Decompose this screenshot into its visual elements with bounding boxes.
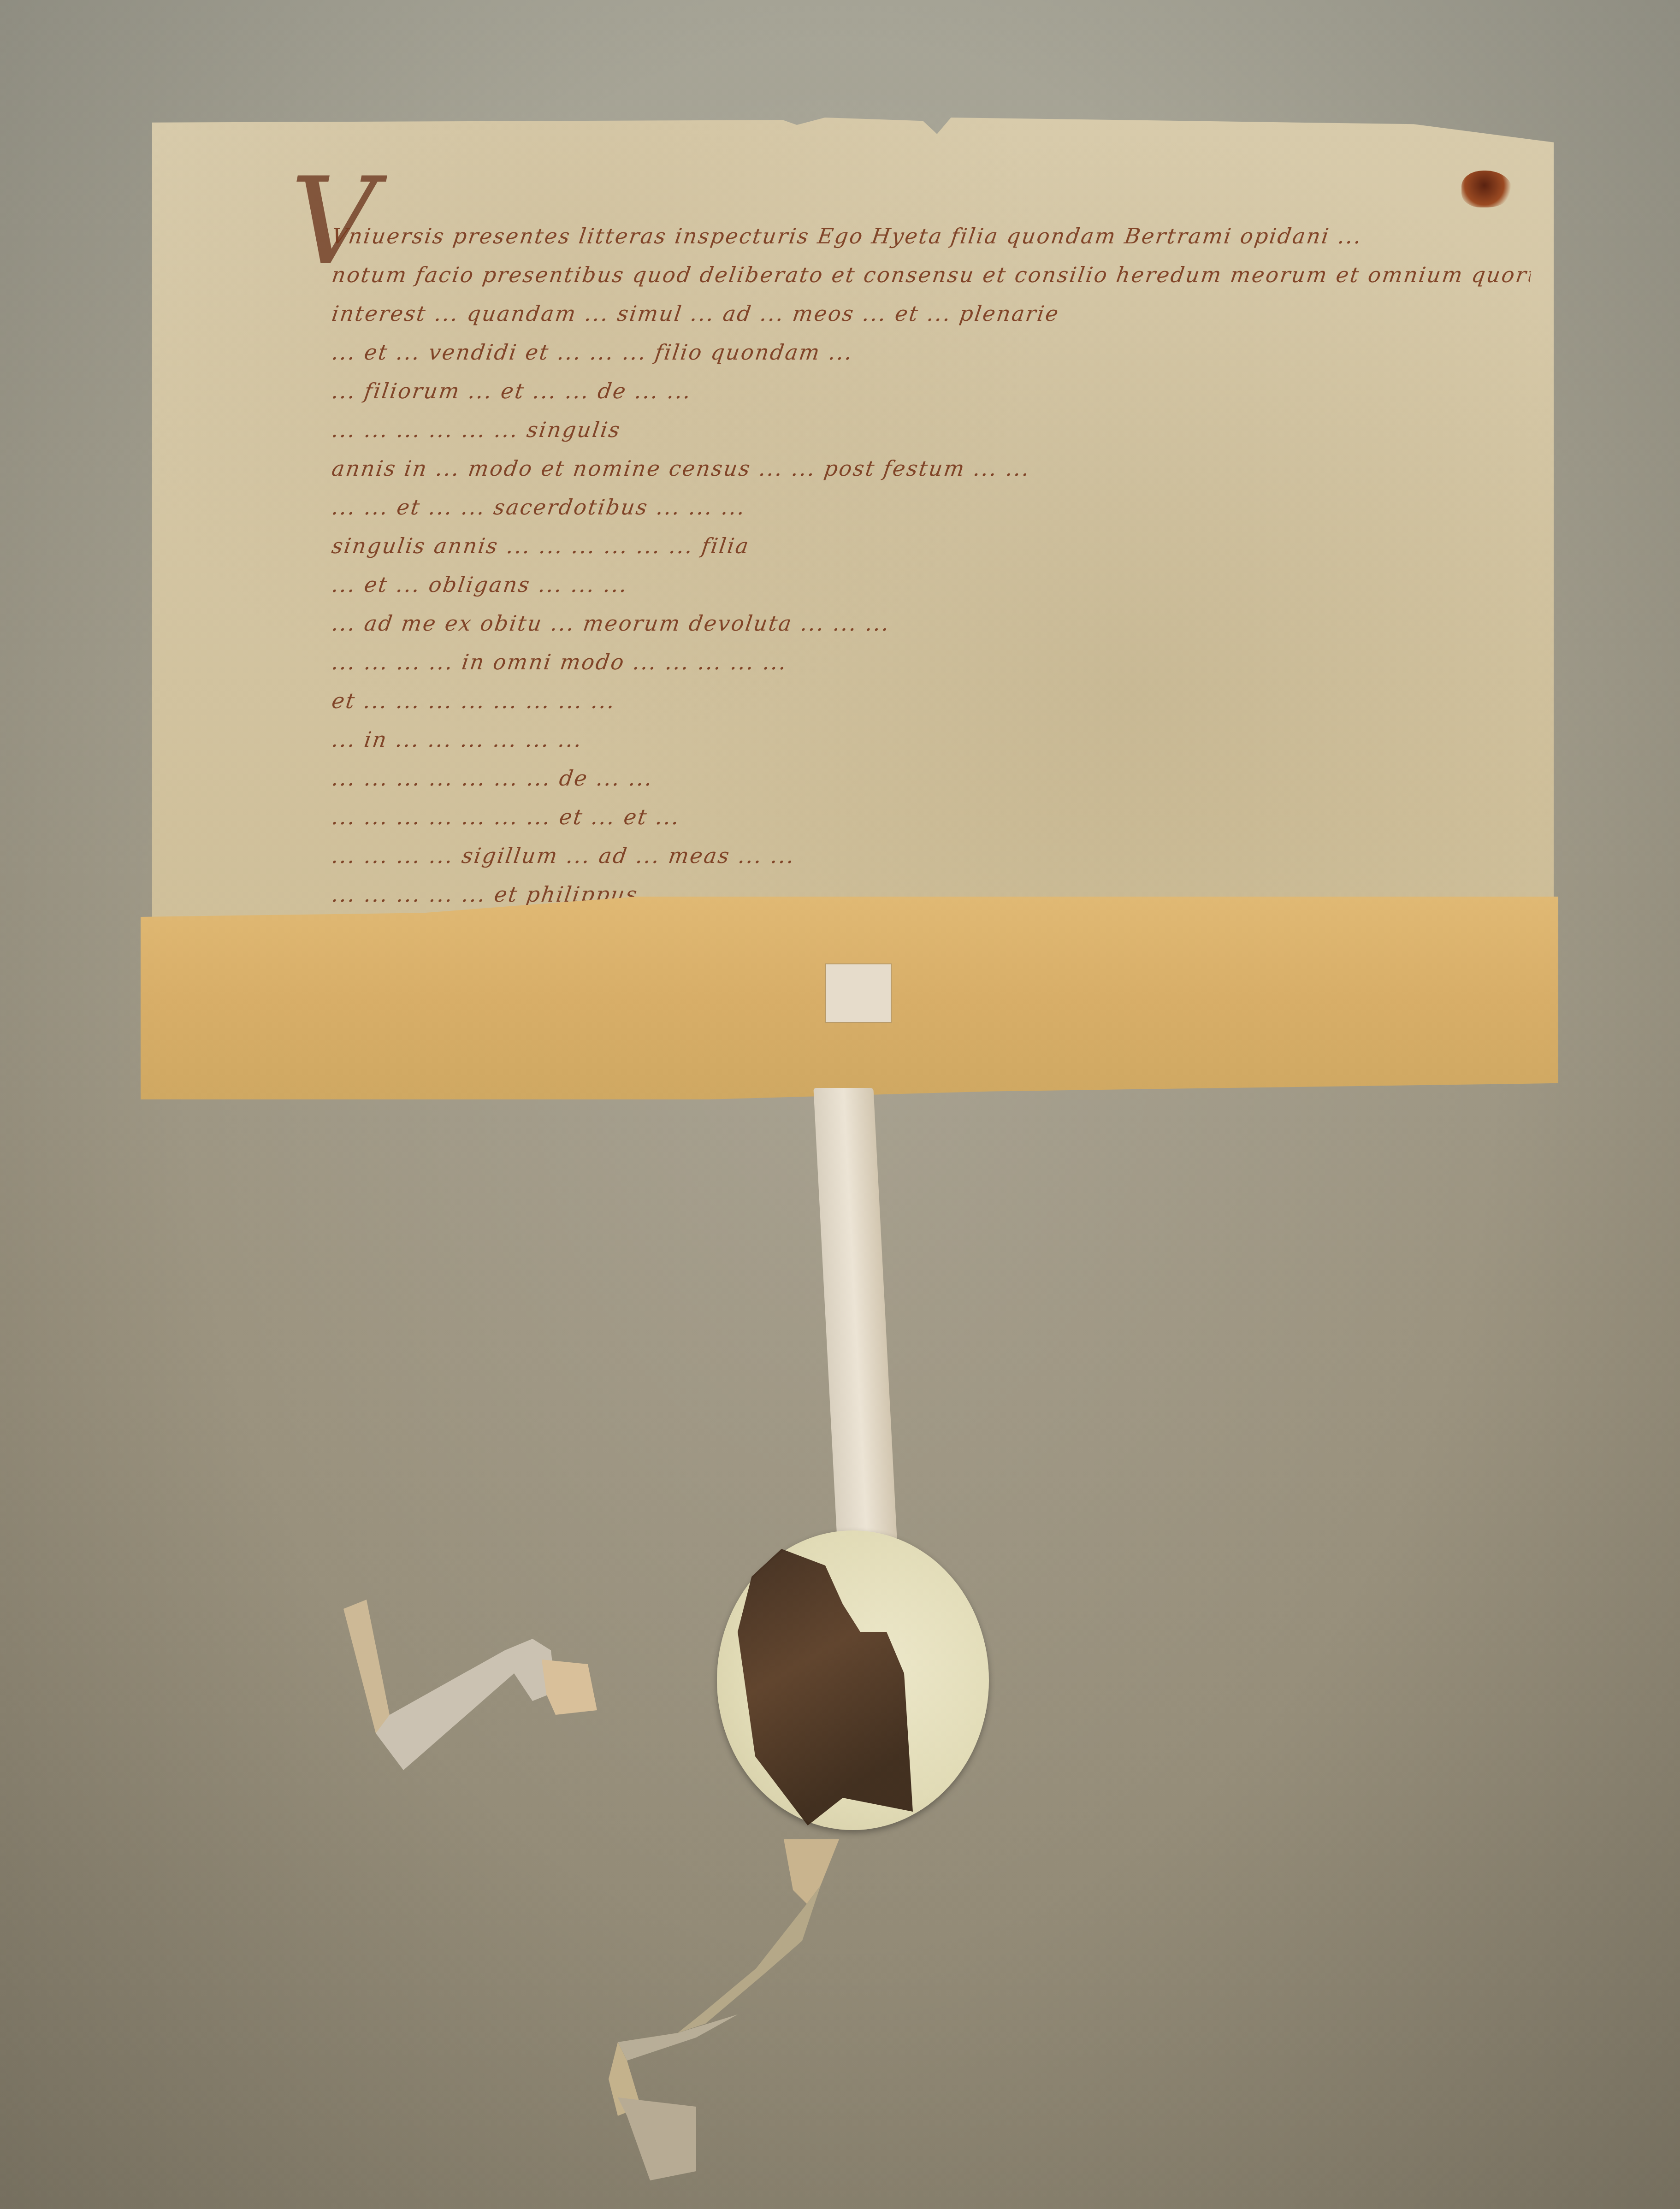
text-line: ... et ... obligans ... ... ... <box>329 565 1533 604</box>
tag-slit <box>825 963 892 1023</box>
seal-impression <box>738 1549 913 1825</box>
text-line: ... ... ... ... ... ... ... et ... et ..… <box>329 797 1533 836</box>
text-line: notum facio presentibus quod deliberato … <box>329 255 1533 294</box>
seal-tag-left-curl <box>339 1595 745 1779</box>
text-line: interest ... quandam ... simul ... ad ..… <box>329 294 1533 333</box>
seal-tag-bottom-curl <box>590 1821 890 2208</box>
text-line: annis in ... modo et nomine census ... .… <box>329 449 1533 488</box>
text-line: singulis annis ... ... ... ... ... ... f… <box>329 526 1533 565</box>
text-line: Vniuersis presentes litteras inspecturis… <box>329 217 1533 255</box>
text-line: ... et ... vendidi et ... ... ... filio … <box>329 333 1533 372</box>
text-line: ... ... ... ... sigillum ... ad ... meas… <box>329 836 1533 875</box>
text-line: ... ad me ex obitu ... meorum devoluta .… <box>329 604 1533 643</box>
text-line: ... ... ... ... in omni modo ... ... ...… <box>329 643 1533 681</box>
text-line: ... filiorum ... et ... ... de ... ... <box>329 372 1533 410</box>
text-line: ... ... ... ... ... ... ... de ... ... <box>329 759 1533 797</box>
wax-seal <box>717 1530 989 1830</box>
charter-text: Vniuersis presentes litteras inspecturis… <box>332 217 1531 952</box>
text-line: ... ... ... ... ... ... singulis <box>329 410 1533 449</box>
text-line: ... ... et ... ... sacerdotibus ... ... … <box>329 488 1533 526</box>
wax-stain <box>1461 171 1512 207</box>
text-line: ... in ... ... ... ... ... ... <box>329 720 1533 759</box>
text-line: et ... ... ... ... ... ... ... ... <box>329 681 1533 720</box>
